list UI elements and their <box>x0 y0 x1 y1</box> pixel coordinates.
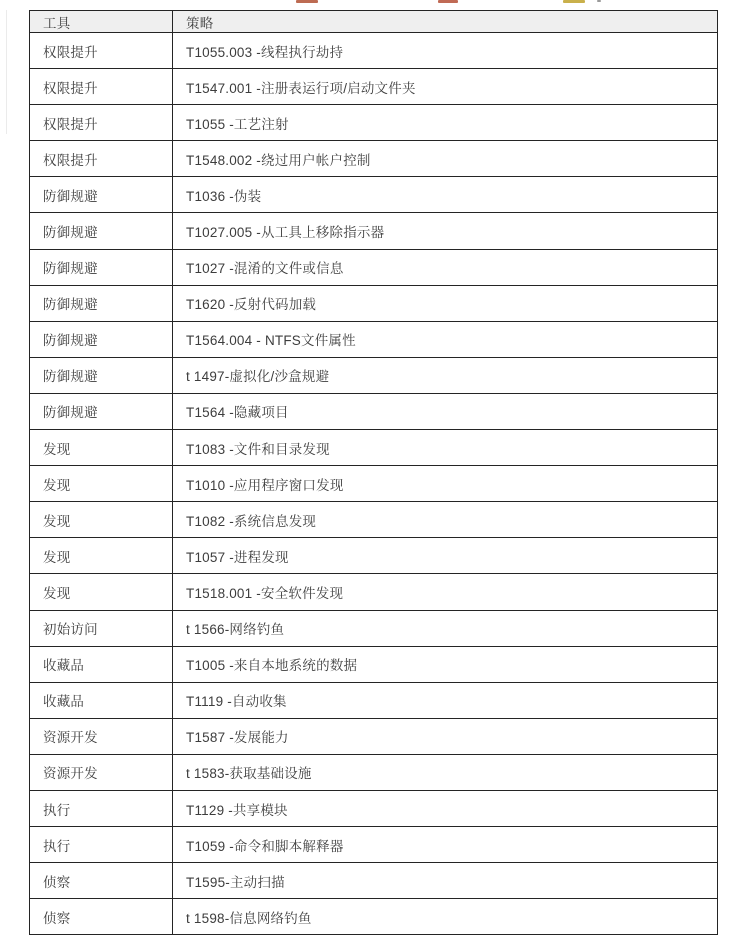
table-row: 防御规避T1027 -混淆的文件或信息 <box>30 249 718 285</box>
technique-cell: T1587 -发展能力 <box>173 718 718 754</box>
tactic-cell: 资源开发 <box>30 718 173 754</box>
table-row: 防御规避T1564.004 - NTFS文件属性 <box>30 321 718 357</box>
table-row: 资源开发T1587 -发展能力 <box>30 718 718 754</box>
tactic-cell: 执行 <box>30 827 173 863</box>
cropped-gray-mark <box>597 0 601 2</box>
technique-cell: T1518.001 -安全软件发现 <box>173 574 718 610</box>
table-row: 防御规避T1027.005 -从工具上移除指示器 <box>30 213 718 249</box>
technique-cell: T1055.003 -线程执行劫持 <box>173 33 718 69</box>
technique-cell: T1595-主动扫描 <box>173 863 718 899</box>
technique-cell: T1547.001 -注册表运行项/启动文件夹 <box>173 69 718 105</box>
tactic-cell: 收藏品 <box>30 646 173 682</box>
table-row: 收藏品T1119 -自动收集 <box>30 682 718 718</box>
table-row: 发现T1083 -文件和目录发现 <box>30 430 718 466</box>
technique-cell: T1057 -进程发现 <box>173 538 718 574</box>
technique-cell: T1083 -文件和目录发现 <box>173 430 718 466</box>
left-margin-line <box>6 10 7 134</box>
technique-cell: T1059 -命令和脚本解释器 <box>173 827 718 863</box>
table-row: 侦察T1595-主动扫描 <box>30 863 718 899</box>
tactic-cell: 发现 <box>30 466 173 502</box>
table-row: 权限提升T1055.003 -线程执行劫持 <box>30 33 718 69</box>
technique-cell: t 1497-虚拟化/沙盒规避 <box>173 357 718 393</box>
table-row: 资源开发t 1583-获取基础设施 <box>30 754 718 790</box>
table-body: 权限提升T1055.003 -线程执行劫持权限提升T1547.001 -注册表运… <box>30 33 718 935</box>
column-header-strategy: 策略 <box>173 11 718 33</box>
cropped-red-icon-1 <box>296 0 318 3</box>
tactic-cell: 发现 <box>30 538 173 574</box>
table-row: 发现T1082 -系统信息发现 <box>30 502 718 538</box>
table-row: 防御规避T1564 -隐藏项目 <box>30 393 718 429</box>
technique-cell: T1620 -反射代码加载 <box>173 285 718 321</box>
technique-cell: T1564.004 - NTFS文件属性 <box>173 321 718 357</box>
tactic-cell: 防御规避 <box>30 177 173 213</box>
table-row: 执行T1059 -命令和脚本解释器 <box>30 827 718 863</box>
table-row: 执行T1129 -共享模块 <box>30 790 718 826</box>
tactic-cell: 防御规避 <box>30 213 173 249</box>
technique-cell: t 1566-网络钓鱼 <box>173 610 718 646</box>
table-row: 侦察t 1598-信息网络钓鱼 <box>30 899 718 935</box>
cropped-red-icon-2 <box>438 0 458 3</box>
tactic-cell: 初始访问 <box>30 610 173 646</box>
tactic-cell: 防御规避 <box>30 321 173 357</box>
column-header-tool: 工具 <box>30 11 173 33</box>
table-row: 防御规避t 1497-虚拟化/沙盒规避 <box>30 357 718 393</box>
tactic-cell: 发现 <box>30 430 173 466</box>
tactic-cell: 权限提升 <box>30 69 173 105</box>
tactic-cell: 防御规避 <box>30 357 173 393</box>
tactic-cell: 侦察 <box>30 863 173 899</box>
tactic-cell: 权限提升 <box>30 33 173 69</box>
technique-cell: t 1598-信息网络钓鱼 <box>173 899 718 935</box>
tactic-cell: 收藏品 <box>30 682 173 718</box>
technique-cell: T1027.005 -从工具上移除指示器 <box>173 213 718 249</box>
table-row: 发现T1010 -应用程序窗口发现 <box>30 466 718 502</box>
table-row: 权限提升T1548.002 -绕过用户帐户控制 <box>30 141 718 177</box>
technique-cell: T1055 -工艺注射 <box>173 105 718 141</box>
table-row: 权限提升T1547.001 -注册表运行项/启动文件夹 <box>30 69 718 105</box>
techniques-table: 工具 策略 权限提升T1055.003 -线程执行劫持权限提升T1547.001… <box>29 10 718 935</box>
technique-cell: T1010 -应用程序窗口发现 <box>173 466 718 502</box>
technique-cell: T1129 -共享模块 <box>173 790 718 826</box>
tactic-cell: 侦察 <box>30 899 173 935</box>
tactic-cell: 资源开发 <box>30 754 173 790</box>
table-header-row: 工具 策略 <box>30 11 718 33</box>
tactic-cell: 防御规避 <box>30 249 173 285</box>
technique-cell: t 1583-获取基础设施 <box>173 754 718 790</box>
tactic-cell: 权限提升 <box>30 141 173 177</box>
technique-cell: T1005 -来自本地系统的数据 <box>173 646 718 682</box>
technique-cell: T1119 -自动收集 <box>173 682 718 718</box>
tactic-cell: 防御规避 <box>30 285 173 321</box>
table-row: 初始访问t 1566-网络钓鱼 <box>30 610 718 646</box>
tactic-cell: 发现 <box>30 574 173 610</box>
tactic-cell: 执行 <box>30 790 173 826</box>
technique-cell: T1548.002 -绕过用户帐户控制 <box>173 141 718 177</box>
tactic-cell: 权限提升 <box>30 105 173 141</box>
table-row: 权限提升T1055 -工艺注射 <box>30 105 718 141</box>
technique-cell: T1564 -隐藏项目 <box>173 393 718 429</box>
table-row: 防御规避T1036 -伪装 <box>30 177 718 213</box>
table-row: 收藏品T1005 -来自本地系统的数据 <box>30 646 718 682</box>
table-row: 发现T1057 -进程发现 <box>30 538 718 574</box>
technique-cell: T1036 -伪装 <box>173 177 718 213</box>
technique-cell: T1082 -系统信息发现 <box>173 502 718 538</box>
cropped-yellow-icon <box>563 0 585 3</box>
table-row: 发现T1518.001 -安全软件发现 <box>30 574 718 610</box>
table-row: 防御规避T1620 -反射代码加载 <box>30 285 718 321</box>
tactic-cell: 发现 <box>30 502 173 538</box>
tactic-cell: 防御规避 <box>30 393 173 429</box>
technique-cell: T1027 -混淆的文件或信息 <box>173 249 718 285</box>
